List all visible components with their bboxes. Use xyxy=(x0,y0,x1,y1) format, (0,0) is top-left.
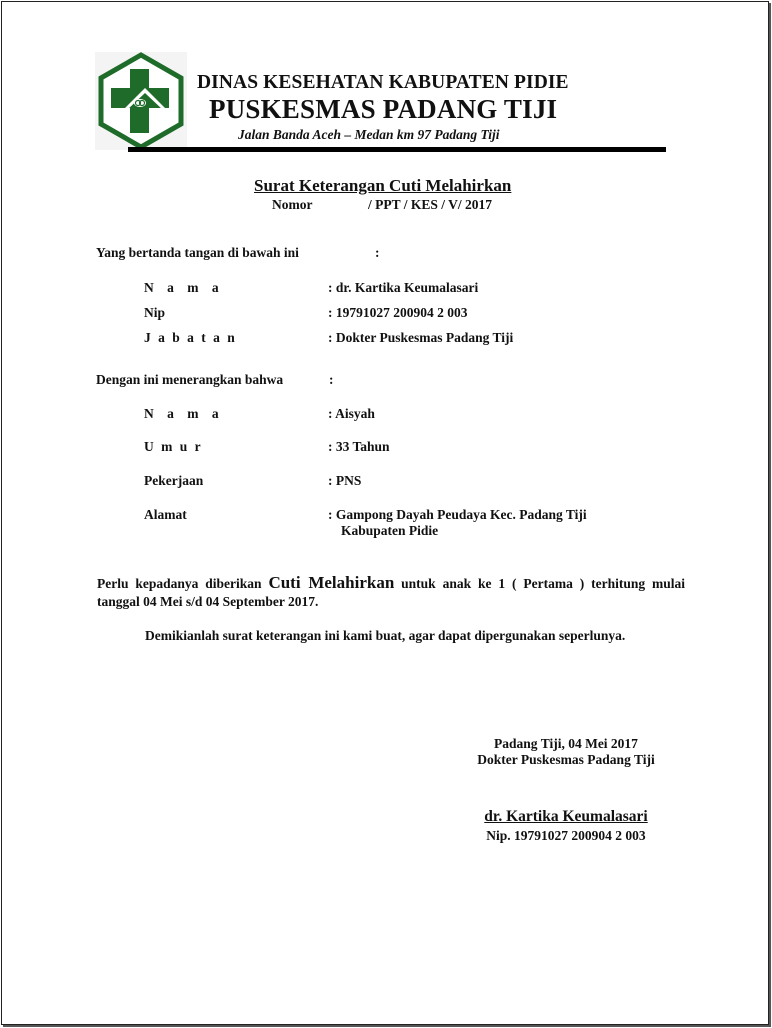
signature-name: dr. Kartika Keumalasari xyxy=(446,808,686,826)
subject-occupation-value: : PNS xyxy=(328,473,361,489)
signer-nip-label: Nip xyxy=(144,305,165,321)
agency-name: DINAS KESEHATAN KABUPATEN PIDIE xyxy=(197,72,569,94)
institution-address: Jalan Banda Aceh – Medan km 97 Padang Ti… xyxy=(238,127,500,143)
signature-place-date: Padang Tiji, 04 Mei 2017 xyxy=(446,736,686,752)
document-number-value: / PPT / KES / V/ 2017 xyxy=(368,197,492,213)
signer-intro-colon: : xyxy=(375,245,380,261)
subject-intro-colon: : xyxy=(329,372,334,388)
institution-name: PUSKESMAS PADANG TIJI xyxy=(209,94,557,125)
leave-statement-paragraph: Perlu kepadanya diberikan Cuti Melahirka… xyxy=(97,574,685,611)
signer-name-label: N a m a xyxy=(144,280,224,296)
signer-nip-value: : 19791027 200904 2 003 xyxy=(328,305,468,321)
subject-age-label: U m u r xyxy=(144,439,203,455)
subject-age-value: : 33 Tahun xyxy=(328,439,390,455)
subject-name-label: N a m a xyxy=(144,406,224,422)
letterhead-divider xyxy=(128,147,666,152)
subject-name-value: : Aisyah xyxy=(328,406,375,422)
document-title: Surat Keterangan Cuti Melahirkan xyxy=(254,176,511,196)
subject-address-value: : Gampong Dayah Peudaya Kec. Padang Tiji xyxy=(328,507,587,523)
subject-address-value-line2: Kabupaten Pidie xyxy=(341,523,438,539)
signer-name-value: : dr. Kartika Keumalasari xyxy=(328,280,478,296)
signer-position-label: J a b a t a n xyxy=(144,330,237,346)
signer-position-value: : Dokter Puskesmas Padang Tiji xyxy=(328,330,513,346)
subject-intro: Dengan ini menerangkan bahwa xyxy=(96,372,283,388)
signature-position: Dokter Puskesmas Padang Tiji xyxy=(446,752,686,768)
signer-intro: Yang bertanda tangan di bawah ini xyxy=(96,245,299,261)
signature-nip: Nip. 19791027 200904 2 003 xyxy=(446,828,686,844)
document-number-label: Nomor xyxy=(272,197,313,213)
leave-statement-part1: Perlu kepadanya diberikan xyxy=(97,576,268,591)
puskesmas-logo-icon xyxy=(95,52,187,150)
document-page: DINAS KESEHATAN KABUPATEN PIDIE PUSKESMA… xyxy=(1,1,769,1025)
leave-type-emphasis: Cuti Melahirkan xyxy=(268,573,394,592)
closing-paragraph: Demikianlah surat keterangan ini kami bu… xyxy=(97,627,685,645)
subject-occupation-label: Pekerjaan xyxy=(144,473,203,489)
subject-address-label: Alamat xyxy=(144,507,187,523)
